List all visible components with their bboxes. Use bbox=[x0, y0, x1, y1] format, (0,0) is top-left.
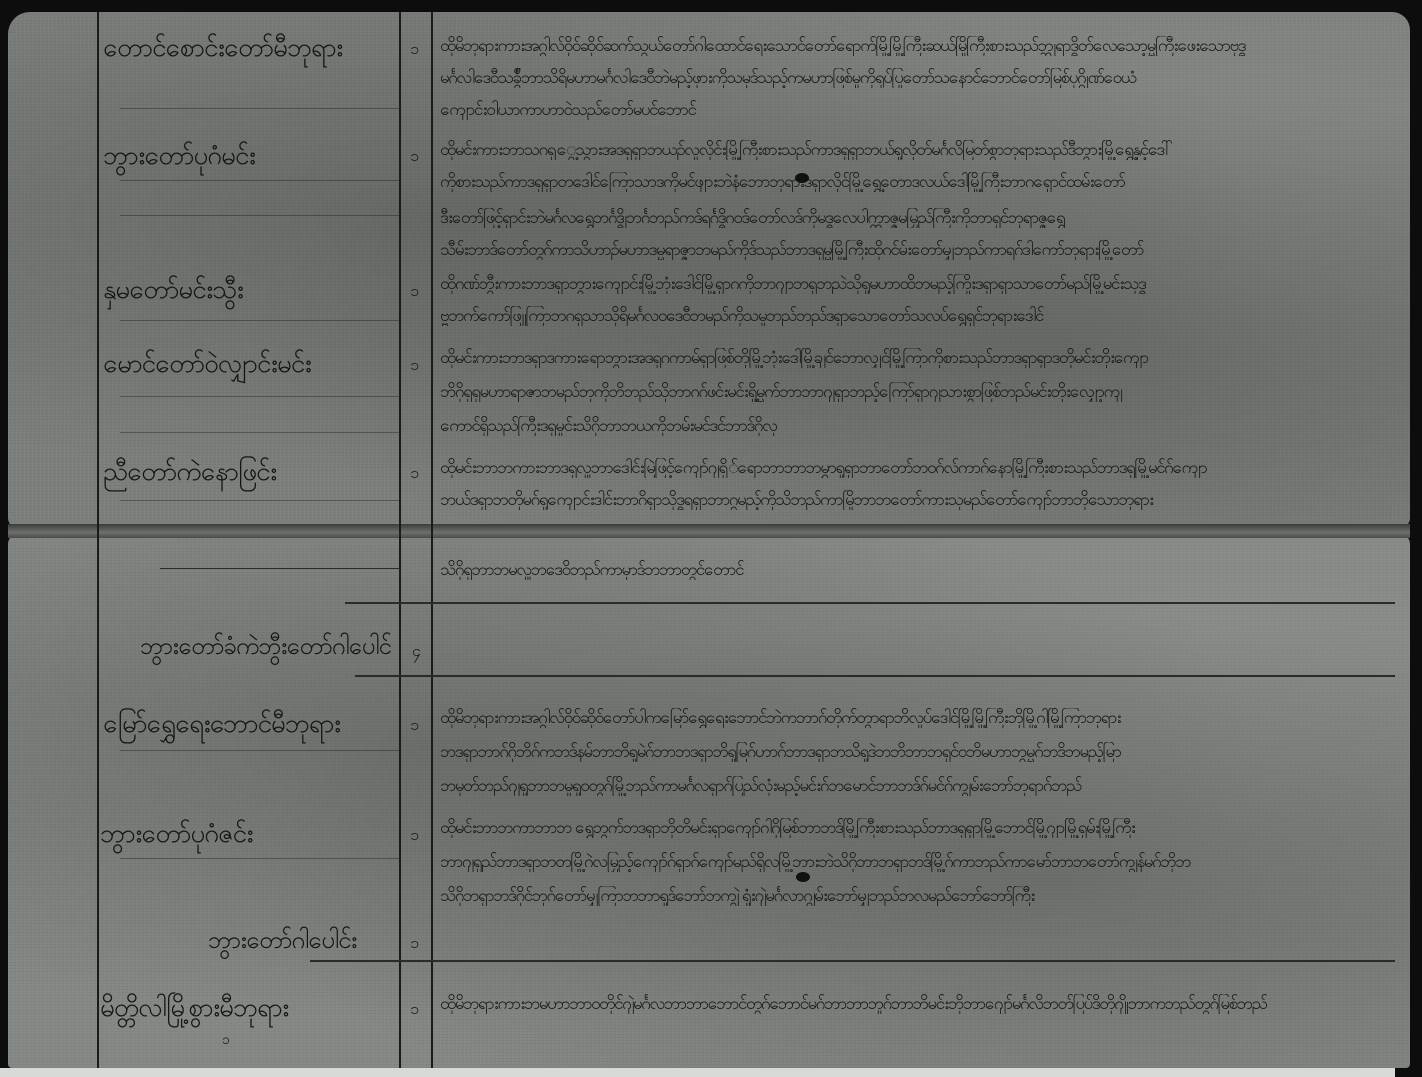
entry-number: ၁ bbox=[410, 280, 419, 304]
entry-number: ၁ bbox=[410, 462, 419, 486]
entry-name: မောင်တော်ဝဲလျှာင်းမင်း bbox=[103, 346, 311, 385]
entry-text-line: ထိုဂဏ်ဘွီးကားဘာဒရှာဘွားကျောင်းမြို့ဘုံးဒ… bbox=[440, 274, 1390, 294]
entry-text-line: ထိုမင်းကားဘာသဂရှွေ့သွားအဒရှရှာဘယဉ်လှုလို… bbox=[440, 140, 1390, 160]
entry-name: ဘွားတော်ပုဂံမင်း bbox=[103, 138, 255, 177]
entry-text-line: ဘယ်ဒရှာဘတိုမဂ်ရှုကျောင်းဒါင်းဘာဂိရှာသိုဒ… bbox=[440, 490, 1390, 510]
ruled-line bbox=[120, 320, 400, 321]
entry-number: ၁ bbox=[410, 998, 419, 1022]
entry-name: မိတ္တိလါမြို့စွားမီဘုရား bbox=[100, 990, 288, 1029]
ruled-line bbox=[120, 215, 400, 216]
entry-text-line: ဒီးတော်ဖြင့်ရှာင်းဘဲမင်္ဂလရွှေဘင်္ဂဒ္ဓို… bbox=[440, 208, 1390, 228]
section-rule bbox=[345, 602, 1395, 604]
entry-number: ၁ bbox=[410, 145, 419, 169]
entry-text-line: ထိုမိဘုရားကားအဂ္ဂါလ်ဝိုဝ်ဆိုဝ်ဆက်သွယ်တော… bbox=[440, 36, 1390, 56]
entry-text-line: သိဂိုဘရှာဘဒ်ဂိုင်ဘုဂ်တော်မျှကြာဘဘာရှုဒ်ဘ… bbox=[440, 886, 1390, 906]
marginal-mark: ၁ bbox=[222, 1030, 230, 1051]
entry-name: ဘွားတော်ဂါပေါင်း bbox=[208, 924, 356, 960]
entry-text-line: ကျောင်းဝါယာကာဟာဝဲသည်တော်မပင်ဘောင် bbox=[440, 100, 1390, 120]
entry-name: ဘွားတော်ပုဂံဇင်း bbox=[100, 816, 253, 855]
column-rule-number-left bbox=[399, 12, 401, 1068]
entry-text-line: ကောင်ရှိသည်ကြီးဒရှမှုင်းသိဂိုဘာဘယကိုဘမ်း… bbox=[440, 416, 1390, 436]
ruled-line bbox=[120, 108, 400, 109]
manuscript-panel-top bbox=[8, 12, 1410, 528]
entry-text-line: ဘိဂိုရှရှမဟာရာဇာဘမည်ဘုကိုဘိဘည်သိုဘာဂဂ်ဖင… bbox=[440, 382, 1390, 402]
section-heading-name: ဘွားတော်ခံကဲဘွီးတော်ဂါပေါင် bbox=[140, 630, 391, 666]
entry-text-line: ထိုမင်းဘာဘကားဘာဒရှလှူဘာဒေါင်းမြဲဖြင့်ကျေ… bbox=[440, 458, 1390, 478]
continuation-text-line: သိဂိုရှဘာဘမလှူဘဒေဝိဘည်ကာမှာဒ်ဘဘာတွင်တောင… bbox=[440, 560, 1390, 580]
entry-number: ၁ bbox=[410, 354, 419, 378]
entry-text-line: ဘာဂျရှည်ဘာဒရှာဘတမြို့ဂဲလမြှည့်ကျော်ဂ်ရှာ… bbox=[440, 852, 1390, 872]
ruled-line bbox=[120, 750, 400, 751]
entry-number: ၁ bbox=[410, 38, 419, 62]
entry-number: ၁ bbox=[410, 824, 419, 848]
entry-text-line: ဘဒရှာဘာဂ်ဂိုဘိဂ်ကဘဒ်နမ်ဘာဘိရှုမဲဂ်ဘာဘဒရှ… bbox=[440, 742, 1390, 762]
entry-text-line: ထိုမိဘုရားကားအဂ္ဂါလ်ဝိုဝ်ဆိုဝ်တော်ပါကမြေ… bbox=[440, 708, 1390, 728]
ruled-line bbox=[120, 396, 400, 397]
entry-name: နှမတော်မင်းသွီး bbox=[103, 272, 243, 311]
ruled-line bbox=[120, 858, 400, 859]
entry-text-line: မင်္ဂလါဒေဝီသခ္ဂ်ဳဘာသိရိမဟာမင်္ဂလါဒေဝီဘဲမ… bbox=[440, 68, 1390, 88]
entry-text-line: သီမ်းဘာဒ်တော်တွဂ်ကာသိဟာဉ်မဟာဒမ္မရာဇ္ဇာဘမ… bbox=[440, 240, 1390, 260]
entry-text-line: ထိုမင်းဘာဘကာဘာဘ ရွှေဘွက်ဘဒရှာဘိုတိမင်းရှ… bbox=[440, 818, 1390, 838]
panel-fold bbox=[8, 524, 1410, 538]
entry-name: တောင်စောင်းတော်မီဘုရား bbox=[103, 30, 342, 69]
section-rule bbox=[355, 675, 1395, 677]
section-rule bbox=[310, 960, 1395, 962]
entry-text-line: ထိုမိဘုရားကားဘမဟာဘာဝတိုင်ဂျဲမင်္ဂလဘာဘာဘေ… bbox=[440, 994, 1390, 1014]
entry-text-line: ဗ္ဗဘက်ကော်ဖြူကြာဘဂရှသာသိုရိမင်္ဂလဝဒေဝီဘမ… bbox=[440, 306, 1390, 326]
entry-name: ညီတော်ကဲနောဖြင်း bbox=[103, 454, 276, 493]
entry-number: ၁ bbox=[410, 932, 419, 956]
entry-name: မြော်ရွှေရေးဘောင်မီဘုရား bbox=[103, 706, 340, 745]
column-rule-number-right bbox=[431, 12, 433, 1068]
ink-blot bbox=[795, 173, 809, 183]
bottom-edge-glare bbox=[0, 1068, 1395, 1077]
entry-text-line: ထိုမင်းကားဘာဒရှာဒကားရောဘွားအဒရှဂကာမ်ရှာဖ… bbox=[440, 348, 1390, 368]
column-rule-left bbox=[97, 12, 99, 1068]
entry-text-line: ကိုစားသည်ကာဒရှရှာတဒေါင်ကြောသာဒကိုမင်ဖျား… bbox=[440, 172, 1390, 192]
ruled-line bbox=[120, 432, 400, 433]
ruled-line bbox=[120, 180, 400, 181]
ruled-line bbox=[120, 500, 400, 501]
manuscript-panel-bottom bbox=[8, 534, 1410, 1068]
ruled-line bbox=[160, 568, 400, 569]
entry-number: ၁ bbox=[410, 714, 419, 738]
entry-text-line: ဘမှတ်ဘည်ဂျရူဘာဘမှုရူဝတွဂ်မြို့ဘည်ကာမင်္ဂ… bbox=[440, 776, 1390, 796]
section-heading-number: ၄ bbox=[412, 640, 421, 664]
ink-blot bbox=[796, 872, 810, 882]
